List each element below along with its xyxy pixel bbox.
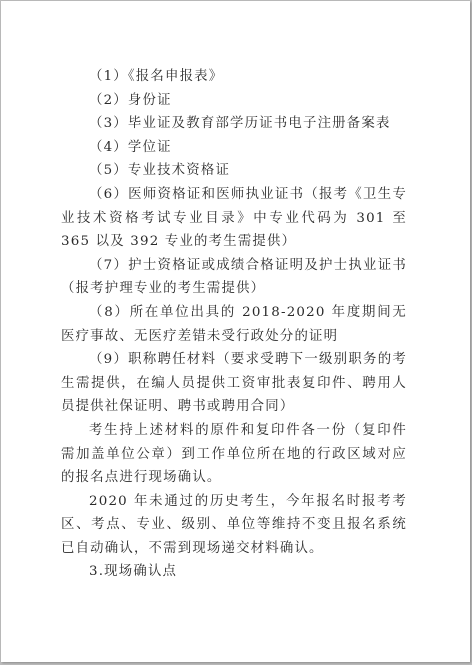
list-item-title-appointment: （9）职称聘任材料（要求受聘下一级别职务的考生需提供，在编人员提供工资审批表复印…	[61, 348, 407, 419]
paragraph-historical-candidates: 2020 年未通过的历史考生，今年报名时报考考区、考点、专业、级别、单位等维持不…	[61, 490, 407, 561]
document-page: （1）《报名申报表》 （2）身份证 （3）毕业证及教育部学历证书电子注册备案表 …	[1, 1, 470, 662]
list-item-id-card: （2）身份证	[61, 89, 407, 113]
section-heading-confirmation-sites: 3.现场确认点	[61, 560, 407, 584]
list-item-no-malpractice-proof: （8）所在单位出具的 2018-2020 年度期间无医疗事故、无医疗差错未受行政…	[61, 301, 407, 348]
paragraph-onsite-confirmation: 考生持上述材料的原件和复印件各一份（复印件需加盖单位公章）到工作单位所在地的行政…	[61, 419, 407, 490]
list-item-physician-certificates: （6）医师资格证和医师执业证书（报考《卫生专业技术资格考试专业目录》中专业代码为…	[61, 183, 407, 254]
document-body: （1）《报名申报表》 （2）身份证 （3）毕业证及教育部学历证书电子注册备案表 …	[61, 65, 407, 584]
list-item-professional-qualification: （5）专业技术资格证	[61, 159, 407, 183]
list-item-application-form: （1）《报名申报表》	[61, 65, 407, 89]
list-item-degree: （4）学位证	[61, 136, 407, 160]
list-item-diploma: （3）毕业证及教育部学历证书电子注册备案表	[61, 112, 407, 136]
list-item-nurse-certificates: （7）护士资格证或成绩合格证明及护士执业证书（报考护理专业的考生需提供）	[61, 254, 407, 301]
